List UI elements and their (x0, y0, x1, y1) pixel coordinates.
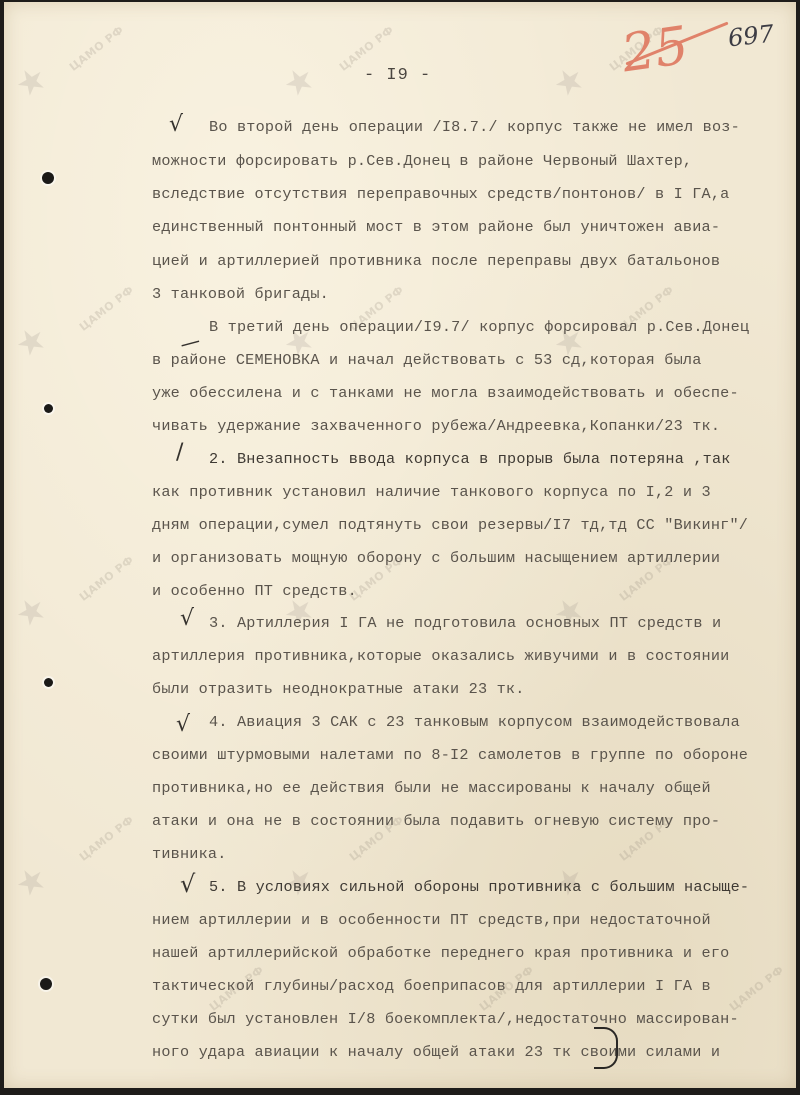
check-mark-icon: √ (180, 606, 194, 631)
star-watermark-icon: ★ (546, 57, 592, 107)
watermark: ЦАМО РФ (77, 553, 136, 603)
watermark: ЦАМО РФ (77, 813, 136, 863)
text-line: в районе СЕМЕНОВКА и начал действовать с… (152, 351, 702, 369)
watermark: ЦАМО РФ (77, 283, 136, 333)
text-line: В третий день операции/I9.7/ корпус форс… (209, 318, 749, 336)
star-watermark-icon: ★ (8, 857, 54, 907)
check-mark-icon: √ (169, 112, 183, 137)
text-line: как противник установил наличие танковог… (152, 483, 711, 501)
text-line: можности форсировать р.Сев.Донец в район… (152, 152, 692, 170)
text-line: нашей артиллерийской обработке переднего… (152, 944, 729, 962)
text-line: цией и артиллерией противника после пере… (152, 252, 720, 270)
star-watermark-icon: ★ (8, 317, 54, 367)
text-line: артиллерия противника,которые оказались … (152, 647, 729, 665)
text-line: дням операции,сумел подтянуть свои резер… (152, 516, 748, 534)
text-line: своими штурмовыми налетами по 8-I2 самол… (152, 746, 748, 764)
text-line: были отразить неоднократные атаки 23 тк. (152, 680, 525, 698)
watermark: ЦАМО РФ (67, 23, 126, 73)
text-line: уже обессилена и с танками не могла взаи… (152, 384, 739, 402)
text-line: 3 танковой бригады. (152, 285, 329, 303)
punch-hole (40, 978, 52, 990)
text-line: ного удара авиации к началу общей атаки … (152, 1043, 720, 1061)
text-line: чивать удержание захваченного рубежа/Анд… (152, 417, 720, 435)
text-line: и особенно ПТ средств. (152, 582, 357, 600)
slash-mark-icon: / (176, 440, 183, 465)
star-watermark-icon: ★ (8, 57, 54, 107)
document-page: ЦАМО РФ ЦАМО РФ ЦАМО РФ ЦАМО РФ ЦАМО РФ … (4, 2, 796, 1088)
text-line: 3. Артиллерия I ГА не подготовила основн… (209, 614, 721, 632)
punch-hole (42, 172, 54, 184)
page-number: - I9 - (364, 66, 431, 85)
archive-page-number-red: 25 (618, 16, 692, 85)
text-line: единственный понтонный мост в этом район… (152, 218, 720, 236)
watermark: ЦАМО РФ (727, 963, 786, 1013)
text-line: тактической глубины/расход боеприпасов д… (152, 977, 711, 995)
text-line: вследствие отсутствия переправочных сред… (152, 185, 729, 203)
star-watermark-icon: ★ (8, 587, 54, 637)
text-line: 4. Авиация 3 САК с 23 танковым корпусом … (209, 713, 740, 731)
text-line: и организовать мощную оборону с большим … (152, 549, 720, 567)
text-line: противника,но ее действия были не массир… (152, 779, 711, 797)
text-line: атаки и она не в состоянии была подавить… (152, 812, 720, 830)
check-mark-icon: √ (180, 870, 195, 898)
archive-page-number-pencil: 697 (727, 20, 775, 53)
star-watermark-icon: ★ (276, 57, 322, 107)
check-mark-icon: √ (176, 712, 190, 737)
text-line: сутки был установлен I/8 боекомплекта/,н… (152, 1010, 739, 1028)
text-line: тивника. (152, 845, 227, 863)
text-line: нием артиллерии и в особенности ПТ средс… (152, 911, 711, 929)
punch-hole (44, 404, 53, 413)
text-line: 2. Внезапность ввода корпуса в прорыв бы… (209, 450, 731, 468)
text-line: Во второй день операции /I8.7./ корпус т… (209, 118, 740, 136)
text-line: 5. В условиях сильной обороны противника… (209, 878, 749, 896)
punch-hole (44, 678, 53, 687)
